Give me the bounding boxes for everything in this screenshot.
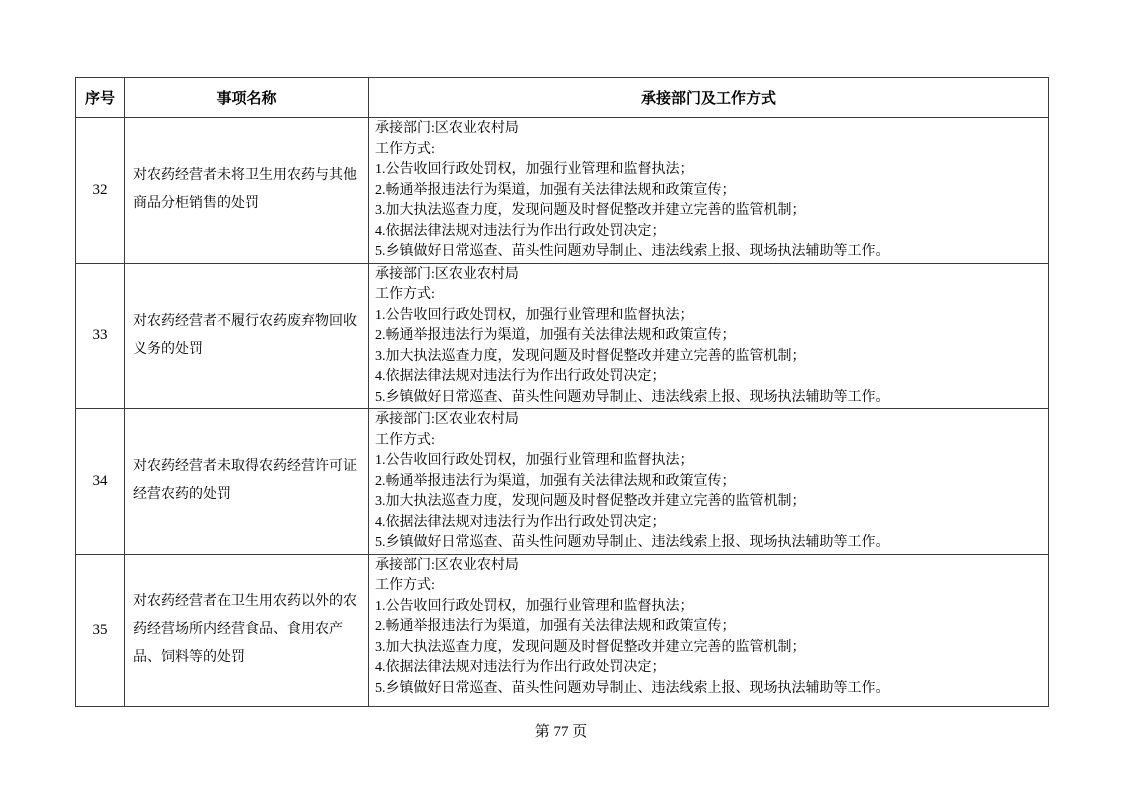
- department-line: 承接部门:区农业农村局: [375, 556, 1042, 577]
- page-number: 第 77 页: [0, 720, 1122, 741]
- department-methods-cell: 承接部门:区农业农村局 工作方式: 1.公告收回行政处罚权，加强行业管理和监督执…: [369, 554, 1049, 706]
- row-number: 33: [76, 263, 125, 409]
- department-line: 承接部门:区农业农村局: [375, 410, 1042, 431]
- table-row: 32 对农药经营者未将卫生用农药与其他商品分柜销售的处罚 承接部门:区农业农村局…: [76, 118, 1049, 264]
- method-line: 3.加大执法巡查力度，发现问题及时督促整改并建立完善的监管机制；: [375, 492, 1042, 513]
- row-number: 34: [76, 409, 125, 555]
- method-line: 3.加大执法巡查力度，发现问题及时督促整改并建立完善的监管机制；: [375, 638, 1042, 659]
- header-serial-number: 序号: [76, 78, 125, 118]
- department-methods-cell: 承接部门:区农业农村局 工作方式: 1.公告收回行政处罚权，加强行业管理和监督执…: [369, 118, 1049, 264]
- method-line: 5.乡镇做好日常巡查、苗头性问题劝导制止、违法线索上报、现场执法辅助等工作。: [375, 533, 1042, 554]
- method-label-line: 工作方式:: [375, 576, 1042, 597]
- table-row: 33 对农药经营者不履行农药废弃物回收义务的处罚 承接部门:区农业农村局 工作方…: [76, 263, 1049, 409]
- method-line: 3.加大执法巡查力度，发现问题及时督促整改并建立完善的监管机制；: [375, 201, 1042, 222]
- row-number: 32: [76, 118, 125, 264]
- matters-table: 序号 事项名称 承接部门及工作方式 32 对农药经营者未将卫生用农药与其他商品分…: [75, 77, 1049, 707]
- method-line: 4.依据法律法规对违法行为作出行政处罚决定；: [375, 222, 1042, 243]
- method-label-line: 工作方式:: [375, 431, 1042, 452]
- method-line: 5.乡镇做好日常巡查、苗头性问题劝导制止、违法线索上报、现场执法辅助等工作。: [375, 388, 1042, 409]
- method-line: 1.公告收回行政处罚权，加强行业管理和监督执法；: [375, 451, 1042, 472]
- department-line: 承接部门:区农业农村局: [375, 265, 1042, 286]
- row-number: 35: [76, 554, 125, 706]
- department-methods-cell: 承接部门:区农业农村局 工作方式: 1.公告收回行政处罚权，加强行业管理和监督执…: [369, 263, 1049, 409]
- method-line: 2.畅通举报违法行为渠道，加强有关法律法规和政策宣传；: [375, 472, 1042, 493]
- table-header-row: 序号 事项名称 承接部门及工作方式: [76, 78, 1049, 118]
- department-line: 承接部门:区农业农村局: [375, 119, 1042, 140]
- method-line: 4.依据法律法规对违法行为作出行政处罚决定；: [375, 513, 1042, 534]
- item-name: 对农药经营者未取得农药经营许可证经营农药的处罚: [125, 409, 369, 555]
- method-line: 4.依据法律法规对违法行为作出行政处罚决定；: [375, 658, 1042, 679]
- method-line: 5.乡镇做好日常巡查、苗头性问题劝导制止、违法线索上报、现场执法辅助等工作。: [375, 242, 1042, 263]
- header-department-method: 承接部门及工作方式: [369, 78, 1049, 118]
- method-line: 4.依据法律法规对违法行为作出行政处罚决定；: [375, 367, 1042, 388]
- method-label-line: 工作方式:: [375, 140, 1042, 161]
- method-line: 1.公告收回行政处罚权，加强行业管理和监督执法；: [375, 160, 1042, 181]
- method-line: 2.畅通举报违法行为渠道，加强有关法律法规和政策宣传；: [375, 181, 1042, 202]
- method-line: 2.畅通举报违法行为渠道，加强有关法律法规和政策宣传；: [375, 326, 1042, 347]
- method-line: 2.畅通举报违法行为渠道，加强有关法律法规和政策宣传；: [375, 617, 1042, 638]
- method-line: 5.乡镇做好日常巡查、苗头性问题劝导制止、违法线索上报、现场执法辅助等工作。: [375, 679, 1042, 700]
- item-name: 对农药经营者不履行农药废弃物回收义务的处罚: [125, 263, 369, 409]
- method-line: 1.公告收回行政处罚权，加强行业管理和监督执法；: [375, 597, 1042, 618]
- item-name: 对农药经营者未将卫生用农药与其他商品分柜销售的处罚: [125, 118, 369, 264]
- header-item-name: 事项名称: [125, 78, 369, 118]
- department-methods-cell: 承接部门:区农业农村局 工作方式: 1.公告收回行政处罚权，加强行业管理和监督执…: [369, 409, 1049, 555]
- item-name: 对农药经营者在卫生用农药以外的农药经营场所内经营食品、食用农产品、饲料等的处罚: [125, 554, 369, 706]
- table-row: 34 对农药经营者未取得农药经营许可证经营农药的处罚 承接部门:区农业农村局 工…: [76, 409, 1049, 555]
- method-label-line: 工作方式:: [375, 285, 1042, 306]
- method-line: 3.加大执法巡查力度，发现问题及时督促整改并建立完善的监管机制；: [375, 347, 1042, 368]
- document-page: 序号 事项名称 承接部门及工作方式 32 对农药经营者未将卫生用农药与其他商品分…: [0, 0, 1122, 793]
- method-line: 1.公告收回行政处罚权，加强行业管理和监督执法；: [375, 306, 1042, 327]
- table-row: 35 对农药经营者在卫生用农药以外的农药经营场所内经营食品、食用农产品、饲料等的…: [76, 554, 1049, 706]
